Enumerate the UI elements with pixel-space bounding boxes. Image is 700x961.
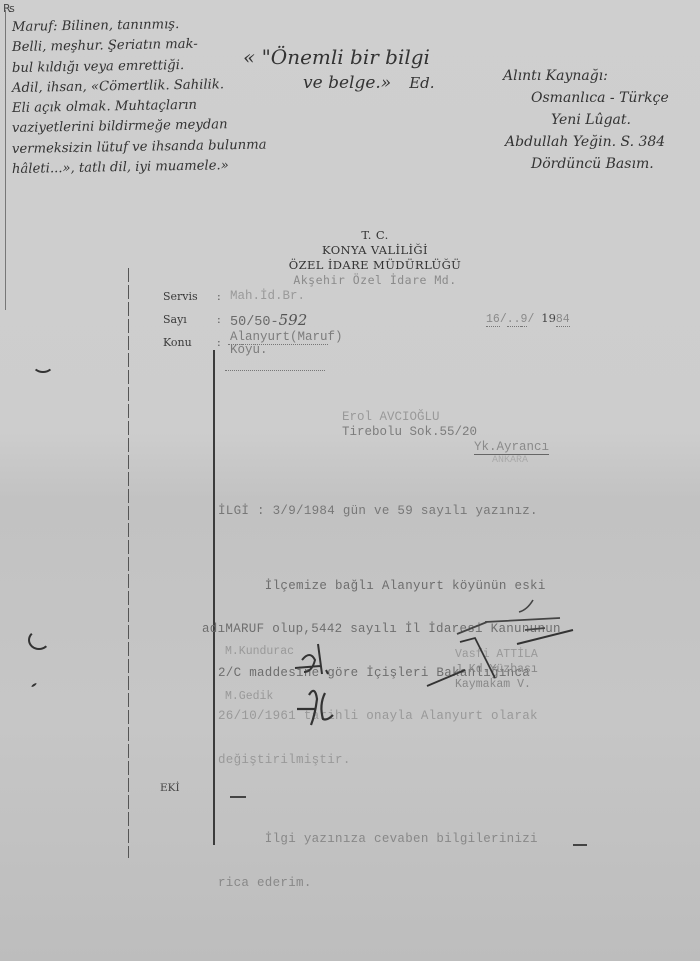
letterhead: T. C. KONYA VALİLİĞİ ÖZEL İDARE MÜDÜRLÜĞ… bbox=[250, 228, 500, 288]
colon: : bbox=[217, 290, 221, 303]
signatory-left-2: M.Gedik bbox=[225, 690, 273, 703]
date: 16/..9/ 1984 bbox=[486, 311, 570, 326]
source-title: Alıntı Kaynağı: bbox=[493, 65, 669, 87]
quote-line-1: « "Önemli bir bilgi bbox=[243, 44, 435, 70]
punch-mark bbox=[28, 630, 50, 650]
letterhead-tc: T. C. bbox=[250, 228, 500, 243]
body-line: değiştirilmiştir. bbox=[218, 753, 561, 768]
servis-value: Mah.İd.Br. bbox=[230, 289, 305, 303]
form-line-right bbox=[213, 350, 215, 845]
konu-label: Konu bbox=[163, 336, 192, 349]
konu-dotted-line bbox=[228, 344, 328, 345]
source-line: Abdullah Yeğin. S. 384 bbox=[493, 131, 669, 153]
main-signature bbox=[425, 598, 585, 693]
form-dashed-line-left bbox=[128, 268, 129, 858]
recipient-name: Erol AVCIOĞLU bbox=[342, 410, 440, 424]
konu-dotted-line-2 bbox=[225, 370, 325, 371]
letterhead-typed-unit: Akşehir Özel İdare Md. bbox=[250, 273, 500, 288]
sayi-typed: 50/50- bbox=[230, 315, 279, 330]
colon: : bbox=[217, 313, 221, 326]
colon: : bbox=[217, 336, 221, 349]
punch-mark bbox=[32, 355, 54, 373]
handwritten-definition-note: Maruf: Bilinen, tanınmış. Belli, meşhur.… bbox=[12, 18, 267, 180]
sayi-label: Sayı bbox=[163, 313, 187, 326]
signatory-left-1: M.Kundurac bbox=[225, 645, 294, 658]
source-line: Yeni Lûgat. bbox=[493, 109, 669, 131]
source-line: Dördüncü Basım. bbox=[493, 153, 669, 175]
konu-value-line1: Alanyurt(Maruf) bbox=[230, 330, 343, 344]
recipient-address: Tirebolu Sok.55/20 bbox=[342, 425, 477, 439]
date-day: 16 bbox=[486, 313, 500, 327]
attachment-dash bbox=[230, 796, 246, 798]
body-line: İlgi yazınıza cevaben bilgilerinizi bbox=[218, 832, 561, 847]
handwritten-source: Alıntı Kaynağı: Osmanlıca - Türkçe Yeni … bbox=[493, 65, 669, 175]
note-line: hâleti...», tatlı dil, iyi muamele.» bbox=[12, 156, 267, 181]
recipient-district: Yk.Ayrancı bbox=[474, 440, 549, 455]
recipient-city: ANKARA bbox=[492, 455, 528, 466]
servis-label: Servis bbox=[163, 290, 198, 303]
konu-value-line2: Köyü. bbox=[230, 343, 268, 357]
ilgi-line: İLGİ : 3/9/1984 gün ve 59 sayılı yazınız… bbox=[218, 504, 561, 519]
date-year: 84 bbox=[556, 313, 570, 327]
source-line: Osmanlıca - Türkçe bbox=[493, 87, 669, 109]
quote-initials: Ed. bbox=[409, 74, 434, 92]
attachment-label: EKİ bbox=[160, 782, 180, 794]
letterhead-governorship: KONYA VALİLİĞİ bbox=[250, 243, 500, 258]
handwritten-quote: « "Önemli bir bilgi ve belge.»Ed. bbox=[243, 44, 435, 96]
sayi-handwritten: 592 bbox=[279, 311, 308, 329]
sayi-value: 50/50-592 bbox=[230, 311, 307, 330]
date-year-prefix: 19 bbox=[541, 311, 556, 325]
initial-signature-2 bbox=[295, 685, 345, 730]
ink-mark bbox=[573, 844, 587, 846]
scanned-document: ₨ Maruf: Bilinen, tanınmış. Belli, meşhu… bbox=[0, 0, 700, 961]
body-line: İlçemize bağlı Alanyurt köyünün eski bbox=[218, 579, 561, 594]
ink-speck bbox=[31, 682, 37, 687]
letterhead-directorate: ÖZEL İDARE MÜDÜRLÜĞÜ bbox=[250, 258, 500, 273]
date-separator: / bbox=[527, 313, 534, 326]
body-line: 26/10/1961 tarihli onayla Alanyurt olara… bbox=[218, 709, 561, 724]
quote-line-2: ve belge.»Ed. bbox=[243, 70, 435, 96]
quote-text: ve belge.» bbox=[303, 73, 391, 93]
left-margin-line bbox=[5, 10, 6, 310]
initial-signature-1 bbox=[290, 640, 340, 680]
body-line: rica ederim. bbox=[218, 876, 561, 891]
date-separator: / bbox=[500, 313, 507, 326]
